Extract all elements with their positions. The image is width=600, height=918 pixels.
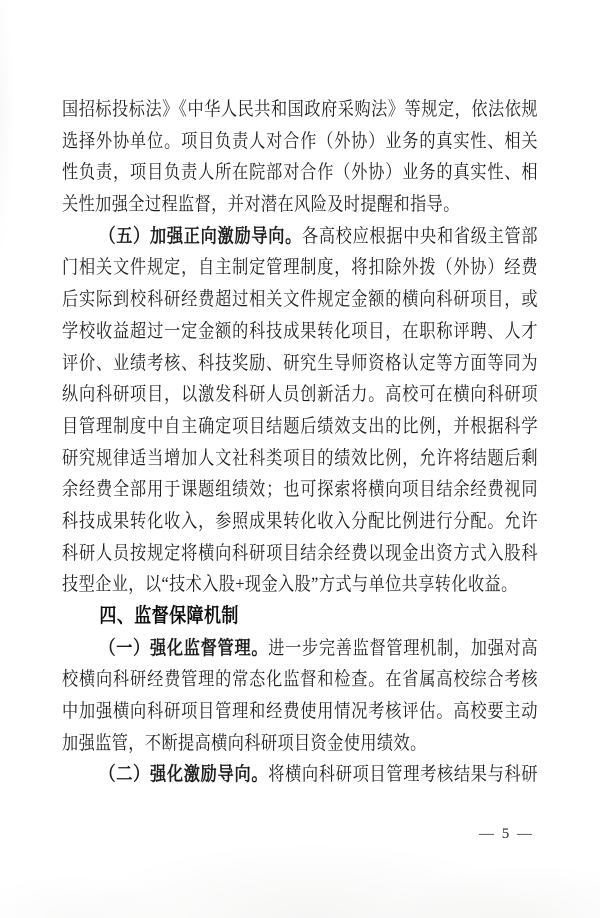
text-line: 校横向科研经费管理的常态化监督和检查。在省属高校综合考核 [62,664,538,696]
clause-lead-label: （一）强化监督管理。 [99,638,268,659]
text-line: 评价、业绩考核、科技奖励、研究生导师资格认定等方面等同为 [62,348,538,380]
text-line: 门相关文件规定，自主制定管理制度，将扣除外拨（外协）经费 [62,252,538,284]
clause-lead-label: （二）强化激励导向。 [99,764,268,785]
text-line: 加强监管，不断提高横向科研项目资金使用绩效。 [62,728,538,760]
page-number: — 5 — [479,826,534,843]
document-text-block: 国招标投标法》《中华人民共和国政府采购法》等规定，依法依规 选择外协单位。项目负… [62,94,538,791]
text-line: 选择外协单位。项目负责人对合作（外协）业务的真实性、相关 [62,126,538,158]
text-line: 关性加强全过程监督，并对潜在风险及时提醒和指导。 [62,189,538,221]
text-line: 技型企业，以“技术入股+现金入股”方式与单位共享转化收益。 [62,569,538,601]
clause-lead-label: （五）加强正向激励导向。 [99,226,302,247]
text-line: 纵向科研项目，以激发科研人员创新活力。高校可在横向科研项 [62,379,538,411]
text-line: 目管理制度中自主确定项目结题后绩效支出的比例，并根据科学 [62,411,538,443]
text-line: 余经费全部用于课题组绩效；也可探索将横向项目结余经费视同 [62,474,538,506]
text-line: 科技成果转化收入，参照成果转化收入分配比例进行分配。允许 [62,506,538,538]
text-line: 后实际到校科研经费超过相关文件规定金额的横向科研项目，或 [62,284,538,316]
text-line: （一）强化监督管理。进一步完善监督管理机制，加强对高 [62,633,538,665]
text-line: 中加强横向科研项目管理和经费使用情况考核评估。高校要主动 [62,696,538,728]
text-line: 国招标投标法》《中华人民共和国政府采购法》等规定，依法依规 [62,94,538,126]
text-line: 研究规律适当增加人文社科类项目的绩效比例，允许将结题后剩 [62,443,538,475]
text-line: （五）加强正向激励导向。各高校应根据中央和省级主管部 [62,221,538,253]
text-line: 性负责，项目负责人所在院部对合作（外协）业务的真实性、相 [62,157,538,189]
section-heading: 四、监督保障机制 [62,601,538,633]
text-line: 科研人员按规定将横向科研项目结余经费以现金出资方式入股科 [62,538,538,570]
clause-body-text: 进一步完善监督管理机制，加强对高 [268,638,538,659]
document-page: 国招标投标法》《中华人民共和国政府采购法》等规定，依法依规 选择外协单位。项目负… [0,0,600,918]
text-line: 学校收益超过一定金额的科技成果转化项目，在职称评聘、人才 [62,316,538,348]
text-line: （二）强化激励导向。将横向科研项目管理考核结果与科研 [62,759,538,791]
clause-body-text: 各高校应根据中央和省级主管部 [302,226,538,247]
clause-body-text: 将横向科研项目管理考核结果与科研 [268,764,538,785]
